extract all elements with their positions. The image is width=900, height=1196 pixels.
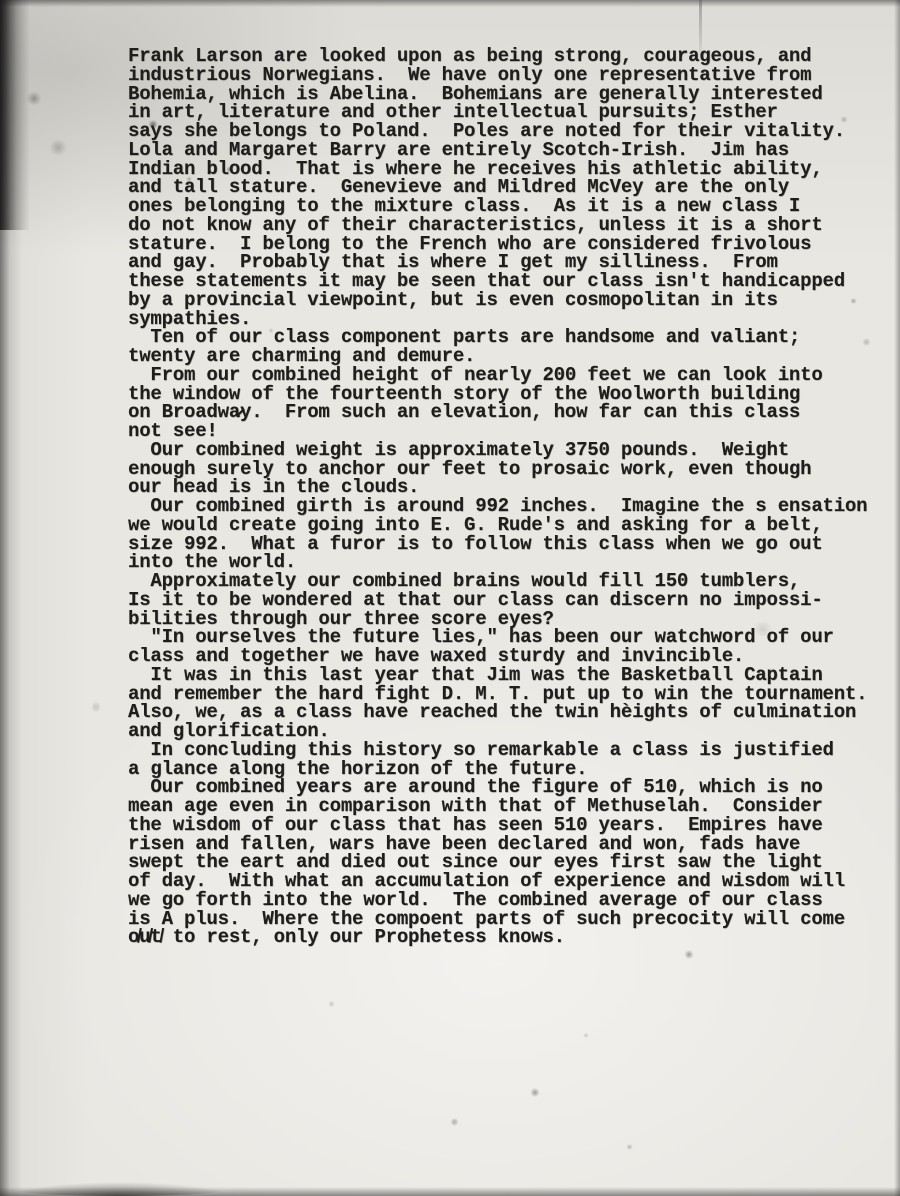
text-line: we go forth into the world. The combined… [128,891,900,910]
page-corner-bottom-left-shadow [10,1182,230,1196]
text-line: and glorification. [128,722,900,741]
text-line: these statements it may be seen that our… [128,272,900,291]
text-line: Our combined girth is around 992 inches.… [128,497,900,516]
page-edge-bottom-shadow [0,1187,900,1196]
text-line: mean age even in comparison with that of… [128,797,900,816]
text-line: the wisdom of our class that has seen 51… [128,816,900,835]
text-line: class and together we have waxed sturdy … [128,647,900,666]
text-line: industrious Norwegians. We have only one… [128,66,900,85]
page-edge-left-shadow [0,0,22,1196]
paper-speck [48,140,68,155]
text-line: From our combined height of nearly 200 f… [128,366,900,385]
paper-speck [450,1118,459,1126]
text-line: In concluding this history so remarkable… [128,741,900,760]
text-line: says she belongs to Poland. Poles are no… [128,122,900,141]
text-line: Lola and Margaret Barry are entirely Sco… [128,141,900,160]
text-line: we would create going into E. G. Rude's … [128,516,900,535]
text-line: twenty are charming and demure. [128,347,900,366]
paper-speck [92,700,100,714]
paper-speck [684,950,694,959]
text-line: o̸u̸t̸ to rest, only our Prophetess know… [128,928,900,947]
paper-speck [530,1088,540,1097]
text-line: by a provincial viewpoint, but is even c… [128,291,900,310]
text-line: ones belonging to the mixture class. As … [128,197,900,216]
text-line: on Broadwa̷y. From such an elevation, ho… [128,403,900,422]
text-line: do not know any of their characteristics… [128,216,900,235]
paper-speck [26,92,42,105]
text-line: Is it to be wondered at that our class c… [128,591,900,610]
paper-speck [328,1001,335,1007]
scanned-page: Frank Larson are looked upon as being st… [0,0,900,1196]
text-line: It was in this last year that Jim was th… [128,666,900,685]
page-edge-top-shadow [0,0,900,7]
paper-speck [626,1144,633,1150]
text-line: Frank Larson are looked upon as being st… [128,47,900,66]
text-line: Approximately our combined brains would … [128,572,900,591]
page-corner-top-left-shadow [0,0,30,230]
text-line: not see! [128,422,900,441]
paper-speck [583,1033,589,1038]
typewritten-text: Frank Larson are looked upon as being st… [128,47,900,947]
text-line: of day. With what an accumulation of exp… [128,872,900,891]
text-line: Our combined weight is approximately 375… [128,441,900,460]
